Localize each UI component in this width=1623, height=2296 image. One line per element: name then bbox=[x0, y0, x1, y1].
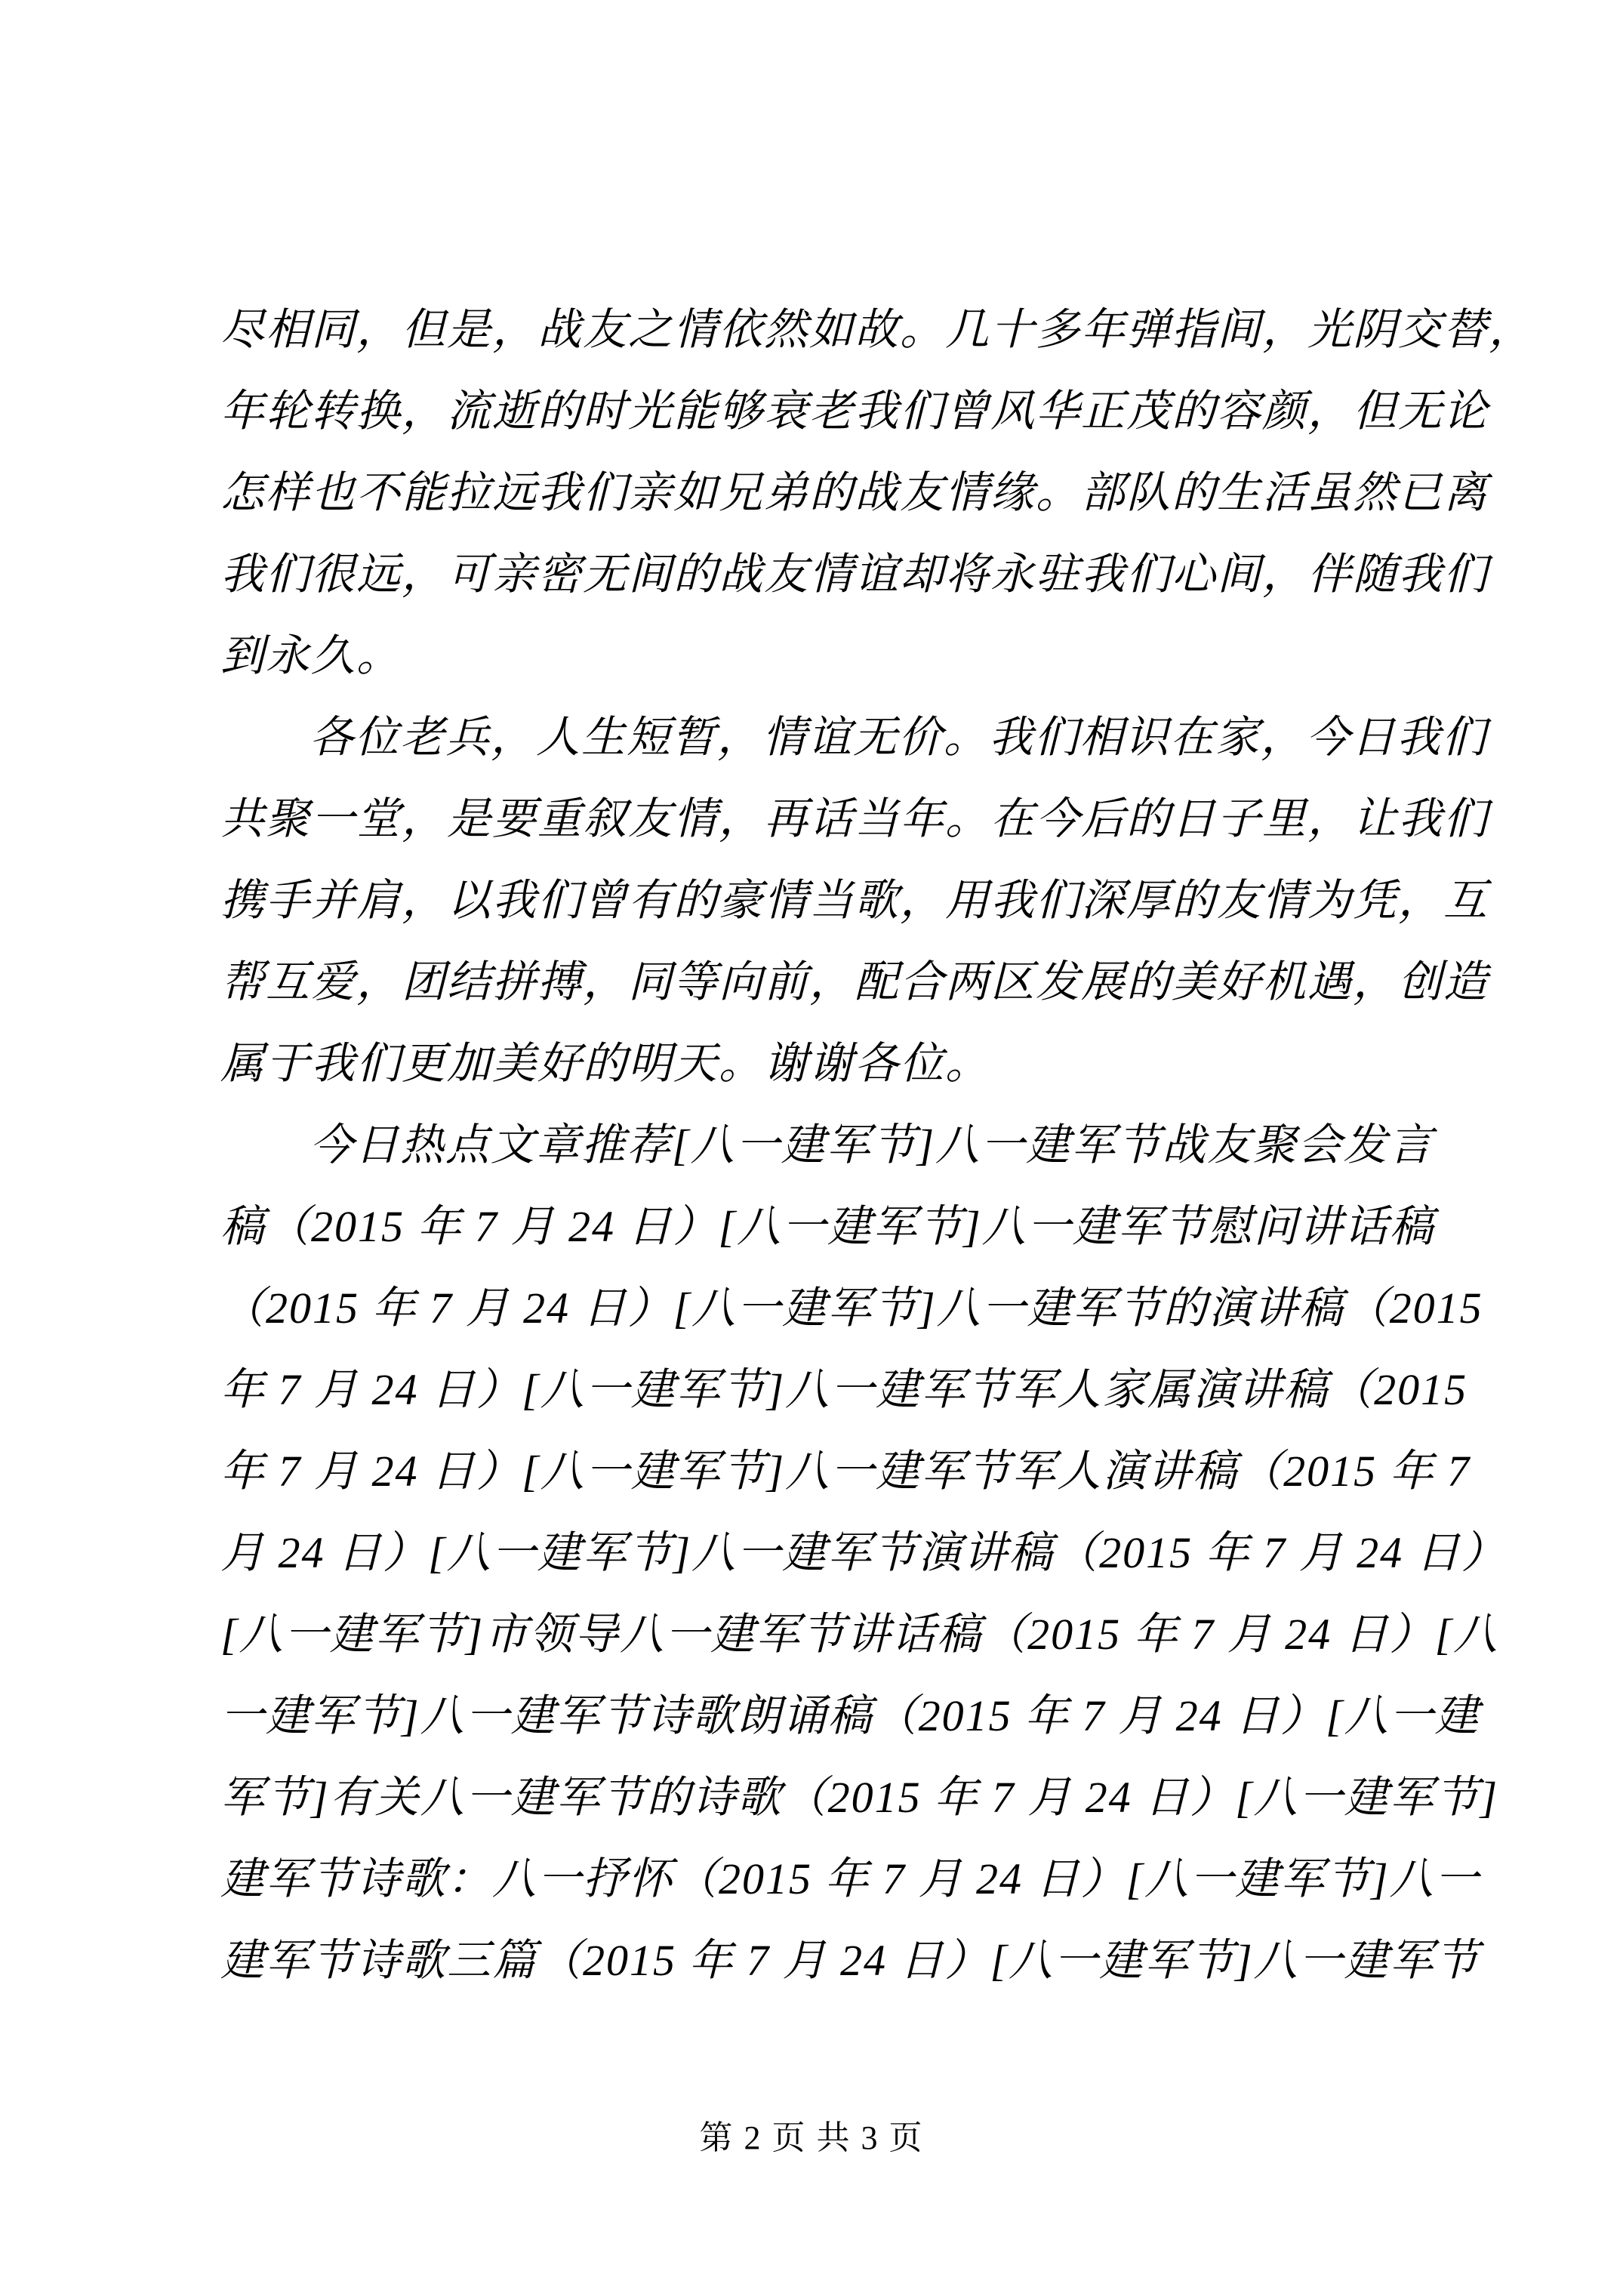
text-line: 今日热点文章推荐[八一建军节]八一建军节战友聚会发言 bbox=[220, 1105, 1421, 1186]
document-page: 尽相同，但是，战友之情依然如故。几十多年弹指间，光阴交替， 年轮转换，流逝的时光… bbox=[0, 0, 1623, 2296]
text-line: 尽相同，但是，战友之情依然如故。几十多年弹指间，光阴交替， bbox=[220, 289, 1421, 371]
text-line: 年 7 月 24 日）[八一建军节]八一建军节军人演讲稿（2015 年 7 bbox=[220, 1431, 1421, 1512]
text-line: 建军节诗歌：八一抒怀（2015 年 7 月 24 日）[八一建军节]八一 bbox=[220, 1838, 1421, 1920]
text-line: 携手并肩，以我们曾有的豪情当歌，用我们深厚的友情为凭，互 bbox=[220, 860, 1421, 942]
paragraph-recommended-articles: 今日热点文章推荐[八一建军节]八一建军节战友聚会发言 稿（2015 年 7 月 … bbox=[220, 1105, 1421, 2002]
text-line: 帮互爱，团结拼搏，同等向前，配合两区发展的美好机遇，创造 bbox=[220, 942, 1421, 1023]
text-line: 一建军节]八一建军节诗歌朗诵稿（2015 年 7 月 24 日）[八一建 bbox=[220, 1675, 1421, 1757]
text-line: 稿（2015 年 7 月 24 日）[八一建军节]八一建军节慰问讲话稿 bbox=[220, 1186, 1421, 1268]
paragraph-speech-closing: 各位老兵，人生短暂，情谊无价。我们相识在家，今日我们 共聚一堂，是要重叙友情，再… bbox=[220, 697, 1421, 1105]
text-line: 共聚一堂，是要重叙友情，再话当年。在今后的日子里，让我们 bbox=[220, 778, 1421, 860]
document-body: 尽相同，但是，战友之情依然如故。几十多年弹指间，光阴交替， 年轮转换，流逝的时光… bbox=[220, 289, 1421, 2002]
text-line: 军节]有关八一建军节的诗歌（2015 年 7 月 24 日）[八一建军节] bbox=[220, 1757, 1421, 1838]
text-line: 怎样也不能拉远我们亲如兄弟的战友情缘。部队的生活虽然已离 bbox=[220, 452, 1421, 534]
text-line: （2015 年 7 月 24 日）[八一建军节]八一建军节的演讲稿（2015 bbox=[220, 1268, 1421, 1349]
text-line: 属于我们更加美好的明天。谢谢各位。 bbox=[220, 1023, 1421, 1105]
text-line: 各位老兵，人生短暂，情谊无价。我们相识在家，今日我们 bbox=[220, 697, 1421, 778]
text-line: [八一建军节]市领导八一建军节讲话稿（2015 年 7 月 24 日）[八 bbox=[220, 1594, 1421, 1675]
text-line: 年 7 月 24 日）[八一建军节]八一建军节军人家属演讲稿（2015 bbox=[220, 1349, 1421, 1431]
text-line: 到永久。 bbox=[220, 615, 1421, 697]
text-line: 月 24 日）[八一建军节]八一建军节演讲稿（2015 年 7 月 24 日） bbox=[220, 1512, 1421, 1594]
text-line: 年轮转换，流逝的时光能够衰老我们曾风华正茂的容颜，但无论 bbox=[220, 371, 1421, 452]
text-line: 建军节诗歌三篇（2015 年 7 月 24 日）[八一建军节]八一建军节 bbox=[220, 1920, 1421, 2002]
text-line: 我们很远，可亲密无间的战友情谊却将永驻我们心间，伴随我们 bbox=[220, 534, 1421, 615]
paragraph-continued: 尽相同，但是，战友之情依然如故。几十多年弹指间，光阴交替， 年轮转换，流逝的时光… bbox=[220, 289, 1421, 697]
page-footer: 第 2 页 共 3 页 bbox=[0, 2119, 1623, 2158]
